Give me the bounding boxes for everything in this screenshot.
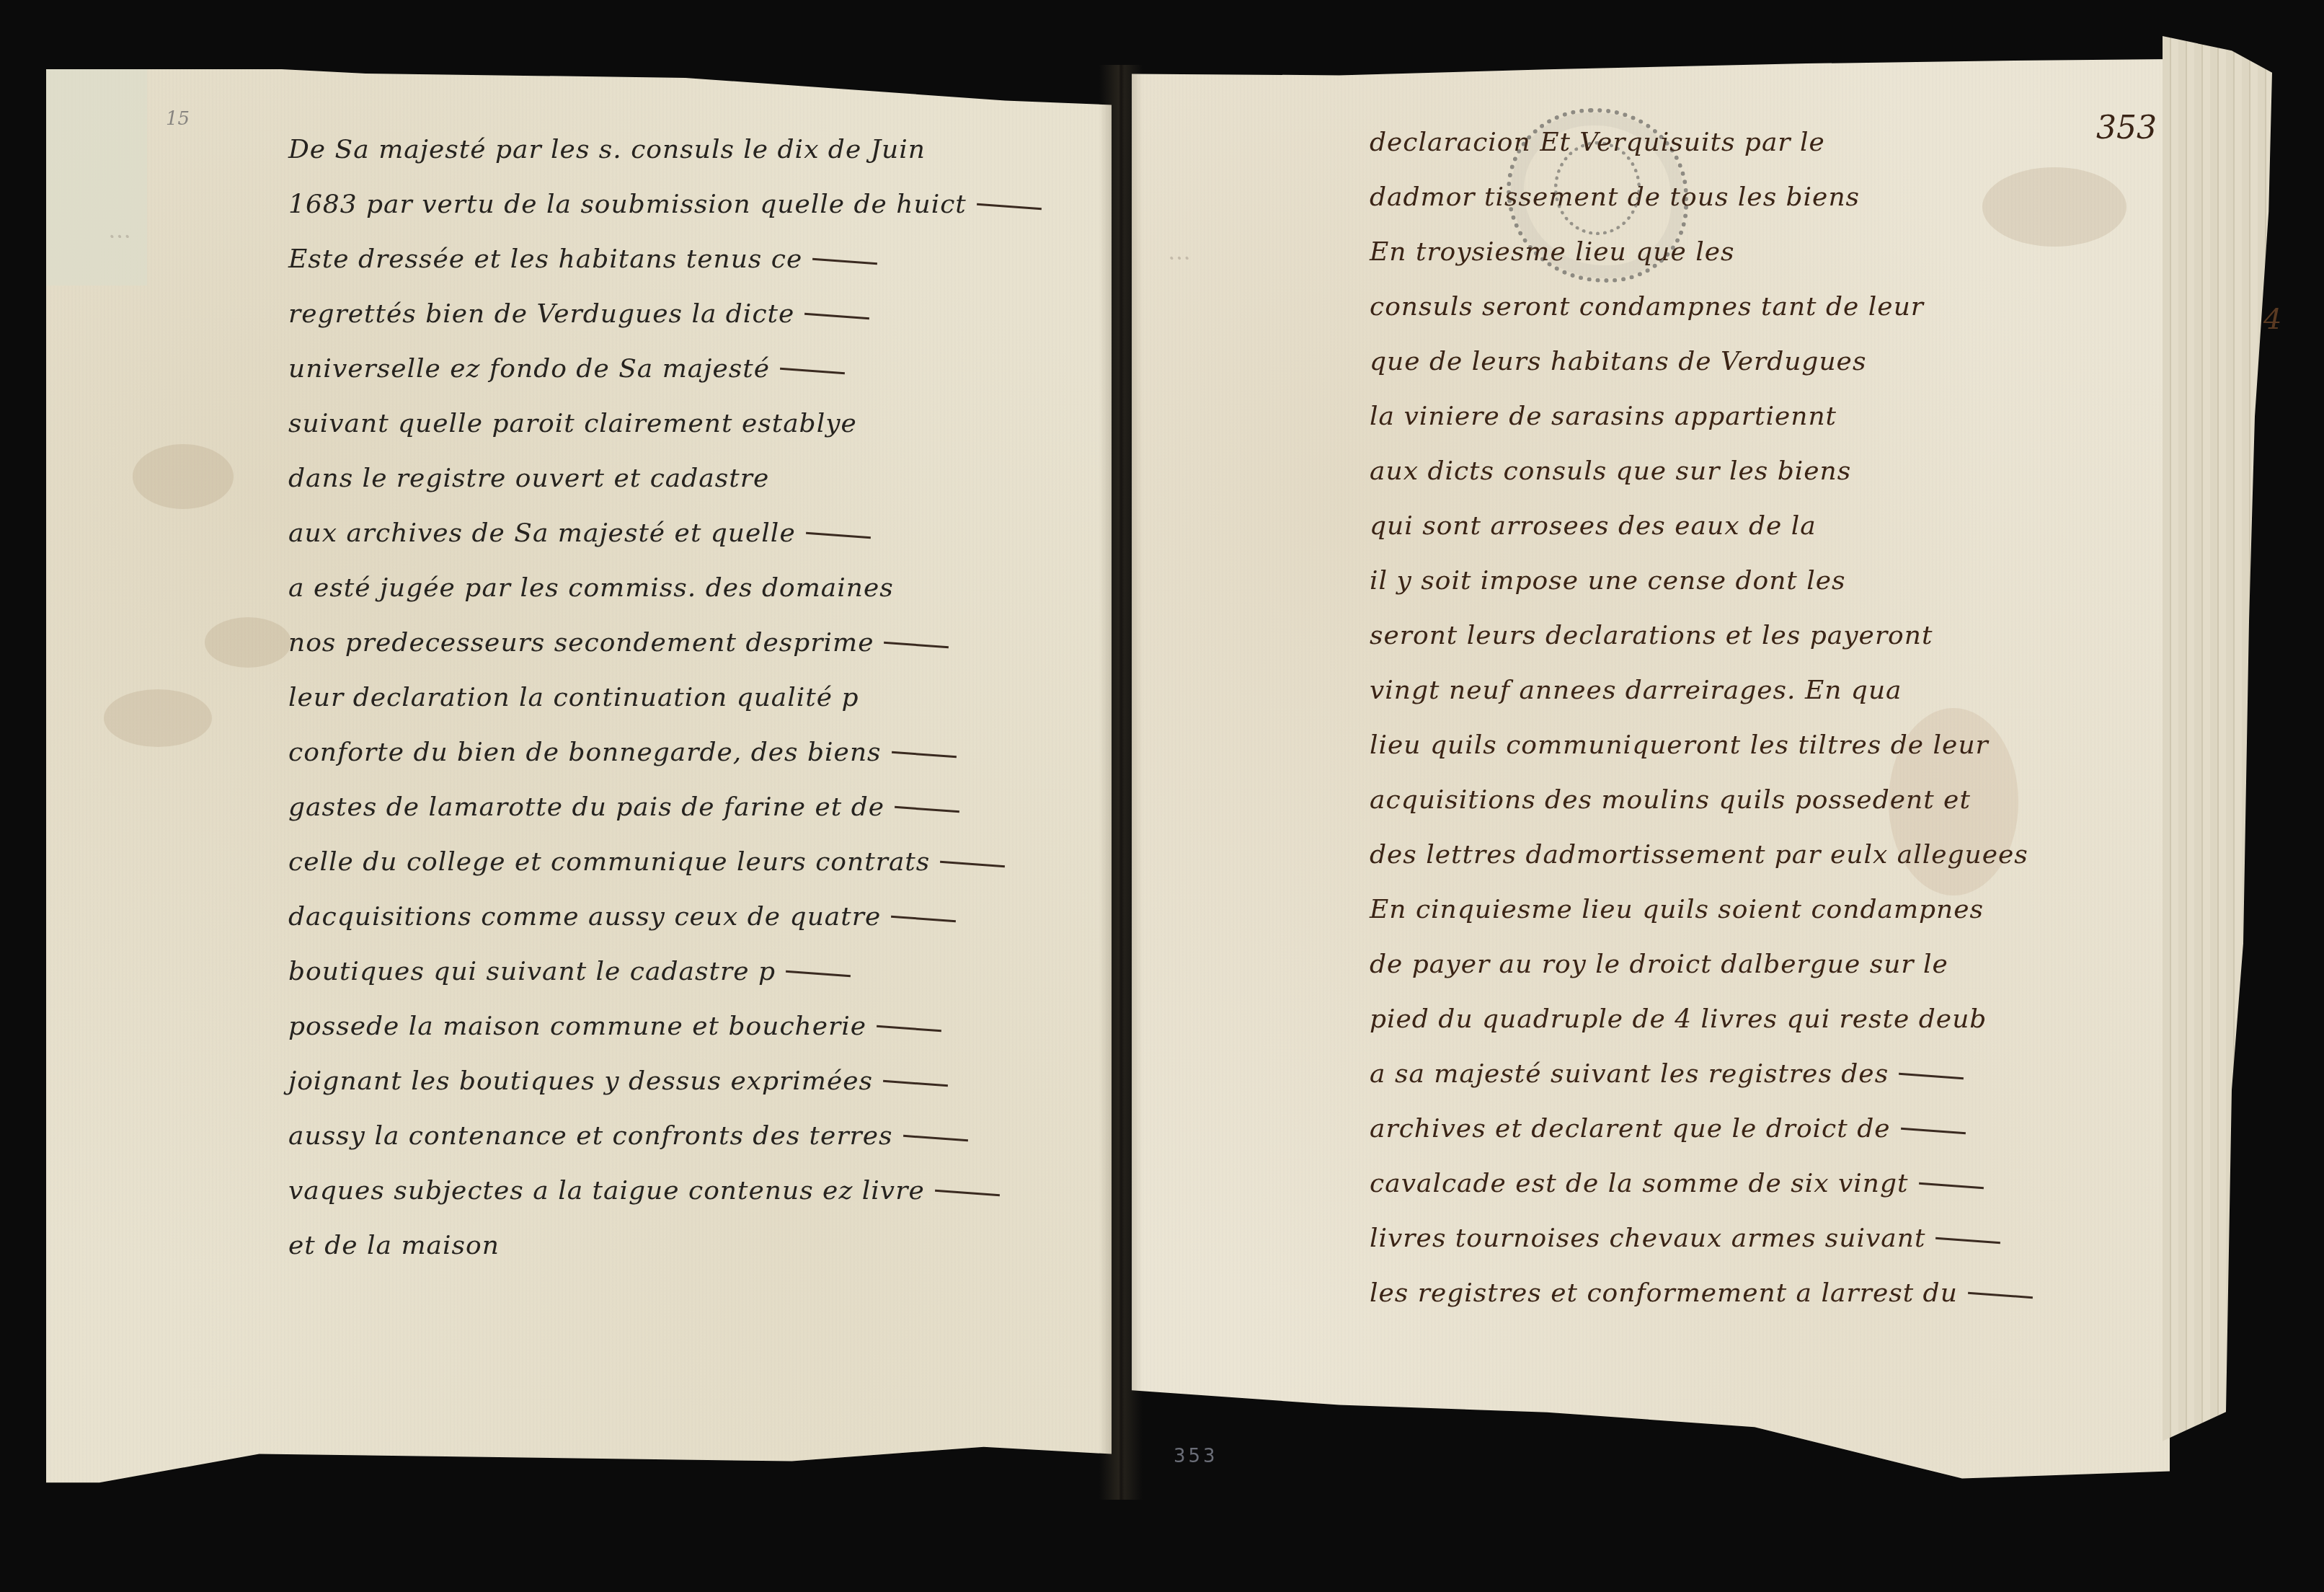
water-stain	[205, 617, 291, 668]
line-filler	[892, 751, 957, 757]
text-line: consuls seront condampnes tant de leur	[1370, 280, 2148, 335]
book-gutter	[1099, 65, 1143, 1500]
text-line: seront leurs declarations et les payeron…	[1370, 609, 2148, 663]
text-line: nos predecesseurs secondement desprime	[288, 616, 1096, 671]
line-filler	[977, 203, 1042, 209]
text-line: vaques subjectes a la taigue contenus ez…	[288, 1164, 1096, 1219]
text-line: suivant quelle paroit clairement estably…	[288, 397, 1096, 451]
text-line: il y soit impose une cense dont les	[1370, 554, 2148, 609]
text-line: regrettés bien de Verdugues la dicte	[288, 287, 1096, 342]
line-filler	[1899, 1072, 1964, 1079]
text-line: dacquisitions comme aussy ceux de quatre	[288, 890, 1096, 945]
line-filler	[786, 970, 851, 976]
text-line: 1683 par vertu de la soubmission quelle …	[288, 177, 1096, 232]
text-line: possede la maison commune et boucherie	[288, 999, 1096, 1054]
bleed-through-text: …	[1168, 238, 1191, 265]
text-line: boutiques qui suivant le cadastre p	[288, 945, 1096, 999]
text-line: qui sont arrosees des eaux de la	[1370, 499, 2148, 554]
text-line: cavalcade est de la somme de six vingt	[1370, 1157, 2148, 1211]
text-line: aussy la contenance et confronts des ter…	[288, 1109, 1096, 1164]
line-filler	[940, 860, 1005, 867]
line-filler	[806, 531, 871, 538]
text-line: et de la maison	[288, 1219, 1096, 1273]
text-line: acquisitions des moulins quils possedent…	[1370, 773, 2148, 828]
text-line: declaracion Et Verquisuits par le	[1370, 115, 2148, 170]
text-line: leur declaration la continuation qualité…	[288, 671, 1096, 725]
margin-note: 4	[2263, 303, 2281, 336]
text-line: aux archives de Sa majesté et quelle	[288, 506, 1096, 561]
line-filler	[1968, 1291, 2033, 1298]
bleed-through-text: …	[108, 216, 131, 244]
text-line: lieu quils communiqueront les tiltres de…	[1370, 718, 2148, 773]
text-line: archives et declarent que le droict de	[1370, 1102, 2148, 1157]
line-filler	[891, 915, 956, 921]
text-line: dadmor tissement de tous les biens	[1370, 170, 2148, 225]
text-line: joignant les boutiques y dessus exprimée…	[288, 1054, 1096, 1109]
text-line: pied du quadruple de 4 livres qui reste …	[1370, 992, 2148, 1047]
line-filler	[812, 257, 877, 264]
text-line: universelle ez fondo de Sa majesté	[288, 342, 1096, 397]
line-filler	[883, 1079, 948, 1086]
page-stack-edge	[2163, 36, 2278, 1500]
water-stain	[104, 689, 212, 747]
text-line: Este dressée et les habitans tenus ce	[288, 232, 1096, 287]
text-line: de payer au roy le droict dalbergue sur …	[1370, 937, 2148, 992]
line-filler	[903, 1134, 968, 1141]
line-filler	[884, 641, 949, 647]
left-page-text: De Sa majesté par les s. consuls le dix …	[288, 123, 1096, 1273]
text-line: dans le registre ouvert et cadastre	[288, 451, 1096, 506]
text-line: De Sa majesté par les s. consuls le dix …	[288, 123, 1096, 177]
text-line: que de leurs habitans de Verdugues	[1370, 335, 2148, 389]
text-line: En cinquiesme lieu quils soient condampn…	[1370, 883, 2148, 937]
water-stain	[133, 444, 234, 509]
line-filler	[804, 312, 869, 319]
text-line: gastes de lamarotte du pais de farine et…	[288, 780, 1096, 835]
pencil-folio-number: 353	[1174, 1446, 1218, 1467]
line-filler	[1935, 1237, 2000, 1243]
text-line: vingt neuf annees darreirages. En qua	[1370, 663, 2148, 718]
text-line: conforte du bien de bonnegarde, des bien…	[288, 725, 1096, 780]
corner-mark: 15	[166, 108, 190, 130]
line-filler	[1901, 1127, 1966, 1133]
line-filler	[1919, 1182, 1984, 1188]
line-filler	[935, 1189, 1000, 1195]
text-line: aux dicts consuls que sur les biens	[1370, 444, 2148, 499]
text-line: a sa majesté suivant les registres des	[1370, 1047, 2148, 1102]
line-filler	[780, 367, 845, 373]
text-line: les registres et conformement a larrest …	[1370, 1266, 2148, 1321]
line-filler	[895, 805, 959, 812]
line-filler	[877, 1025, 941, 1031]
text-line: a esté jugée par les commiss. des domain…	[288, 561, 1096, 616]
right-page-text: declaracion Et Verquisuits par le dadmor…	[1370, 115, 2148, 1321]
text-line: En troysiesme lieu que les	[1370, 225, 2148, 280]
text-line: des lettres dadmortissement par eulx all…	[1370, 828, 2148, 883]
text-line: celle du college et communique leurs con…	[288, 835, 1096, 890]
paper-flap	[46, 69, 147, 286]
manuscript-spread: … … 15 De Sa majesté par les s. consuls …	[0, 0, 2324, 1592]
text-line: la viniere de sarasins appartiennt	[1370, 389, 2148, 444]
text-line: livres tournoises chevaux armes suivant	[1370, 1211, 2148, 1266]
